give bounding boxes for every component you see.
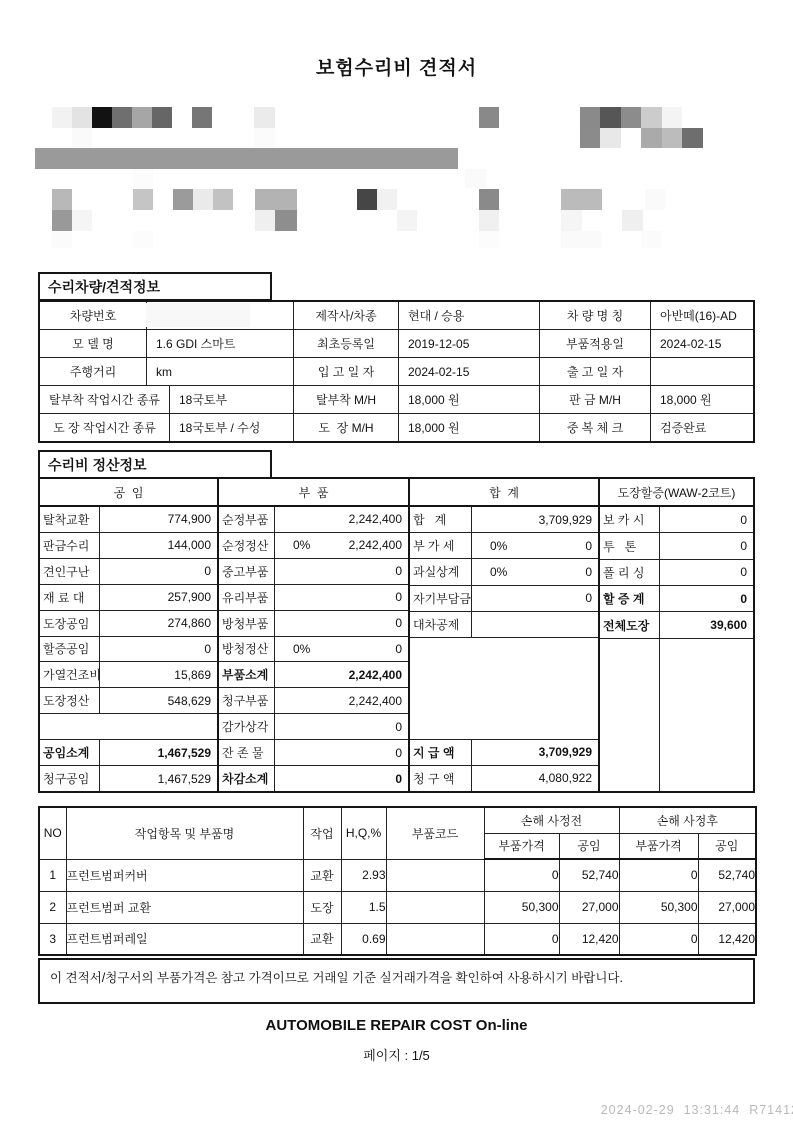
cost-cell-label: 재 료 대 xyxy=(40,585,100,610)
vehicle-cell-value: 2019-12-05 xyxy=(399,330,540,357)
col-header-post-labor: 공임 xyxy=(698,833,756,859)
vehicle-cell-value: 아반떼(16)-AD xyxy=(651,302,753,329)
work-cell-post-labor: 12,420 xyxy=(698,923,756,955)
cost-table-row: 견인구난0 xyxy=(40,558,217,584)
work-items-table: NO 작업항목 및 부품명 작업 H,Q,% 부품코드 손해 사정전 손해 사정… xyxy=(38,806,757,956)
cost-cell-label: 가열건조비 xyxy=(40,662,100,687)
redaction-pixel-block xyxy=(479,210,499,231)
vehicle-table-row: 모 델 명1.6 GDI 스마트최초등록일2019-12-05부품적용일2024… xyxy=(40,329,753,357)
cost-cell-label: 탈착교환 xyxy=(40,507,100,532)
col-header-work: 작업 xyxy=(303,807,341,859)
vehicle-cell-value: 18국토부 / 수성 xyxy=(170,414,294,441)
cost-cell-amount: 0 xyxy=(395,642,402,656)
redaction-pixel-block xyxy=(52,210,72,231)
cost-table-empty-cell xyxy=(410,637,598,739)
cost-cell-amount: 2,242,400 xyxy=(349,694,402,708)
vehicle-cell-label: 제작사/차종 xyxy=(294,302,399,329)
cost-table-row: 할증공임0 xyxy=(40,636,217,662)
cost-table-row: 순정정산0%2,242,400 xyxy=(219,532,408,558)
work-cell-post-part-price: 50,300 xyxy=(619,891,698,923)
cost-cell-label: 청 구 액 xyxy=(410,766,472,791)
cost-table-row: 대차공제 xyxy=(410,611,598,637)
cost-table-row: 감가상각0 xyxy=(219,713,408,739)
vehicle-cell-label: 도 장 작업시간 종류 xyxy=(40,414,170,441)
footer-timestamp: 2024-02-29 13:31:44 R71412 xyxy=(601,1103,793,1117)
cost-cell-value: 0 xyxy=(660,507,753,532)
section-title-vehicle: 수리차량/견적정보 xyxy=(38,272,272,301)
work-cell-pre-part-price: 50,300 xyxy=(484,891,559,923)
cost-cell-label xyxy=(600,639,660,791)
cost-cell-amount: 0 xyxy=(395,746,402,760)
cost-cell-amount: 39,600 xyxy=(710,618,747,632)
work-table-row: 2프런트범퍼 교환도장1.550,30027,00050,30027,000 xyxy=(39,891,756,923)
cost-table-row: 가열건조비15,869 xyxy=(40,661,217,687)
redaction-pixel-block xyxy=(645,189,665,210)
redaction-pixel-block xyxy=(52,189,72,210)
cost-cell-label: 투 톤 xyxy=(600,533,660,558)
cost-cell-amount: 0 xyxy=(740,565,747,579)
cost-cell-amount: 3,709,929 xyxy=(539,745,592,759)
cost-cell-value: 0 xyxy=(275,766,408,791)
cost-table-row: 판금수리144,000 xyxy=(40,532,217,558)
cost-cell-amount: 0 xyxy=(740,592,747,606)
cost-table-row: 방청정산0%0 xyxy=(219,636,408,662)
redaction-pixel-block xyxy=(255,210,275,231)
cost-cell-value: 15,869 xyxy=(100,662,217,687)
group-header-labor: 공 임 xyxy=(40,479,217,505)
work-cell-post-labor: 27,000 xyxy=(698,891,756,923)
notice-box: 이 견적서/청구서의 부품가격은 참고 가격이므로 거래일 기준 실거래가격을 … xyxy=(38,958,755,1004)
section-title-cost-label: 수리비 정산정보 xyxy=(48,455,147,475)
redaction-pixel-block xyxy=(479,107,499,128)
cost-cell-label: 방청정산 xyxy=(219,637,275,662)
work-cell-post-part-price: 0 xyxy=(619,923,698,955)
cost-cell-value xyxy=(472,612,598,637)
cost-cell-value: 4,080,922 xyxy=(472,766,598,791)
vehicle-cell-value: 2024-02-15 xyxy=(651,330,753,357)
cost-cell-value: 274,860 xyxy=(100,611,217,636)
cost-cell-amount: 0 xyxy=(585,539,592,553)
cost-cell-amount: 0 xyxy=(585,565,592,579)
cost-table-row: 순정부품2,242,400 xyxy=(219,507,408,532)
footer-page-number: 페이지 : 1/5 xyxy=(0,1045,793,1064)
col-header-no: NO xyxy=(39,807,66,859)
work-cell-no: 2 xyxy=(39,891,66,923)
cost-cell-label: 유리부품 xyxy=(219,585,275,610)
col-header-part-code: 부품코드 xyxy=(386,807,484,859)
work-cell-pre-part-price: 0 xyxy=(484,859,559,891)
cost-cell-label: 잔 존 물 xyxy=(219,740,275,765)
cost-cell-label: 도장공임 xyxy=(40,611,100,636)
redaction-pixel-block xyxy=(133,231,153,248)
cost-table-header-row: 공 임 부 품 합 계 도장할증(WAW-2코트) xyxy=(40,479,753,507)
cost-cell-amount: 774,900 xyxy=(168,512,211,526)
cost-table-row: 공임소계1,467,529 xyxy=(40,739,217,765)
redaction-pixel-block xyxy=(662,128,682,148)
work-cell-pre-labor: 52,740 xyxy=(559,859,619,891)
redaction-pixel-block xyxy=(357,189,377,210)
cost-cell-value: 0 xyxy=(660,533,753,558)
cost-table-row: 방청부품0 xyxy=(219,610,408,636)
cost-cell-amount: 2,242,400 xyxy=(349,512,402,526)
cost-cell-label: 청구공임 xyxy=(40,766,100,791)
redaction-pixel-block xyxy=(52,107,72,128)
cost-table-row: 차감소계0 xyxy=(219,765,408,791)
cost-cell-amount: 2,242,400 xyxy=(349,668,402,682)
cost-cell-label: 공임소계 xyxy=(40,740,100,765)
cost-cell-amount: 15,869 xyxy=(174,668,211,682)
cost-cell-amount: 0 xyxy=(740,539,747,553)
redaction-pixel-block xyxy=(132,107,152,128)
cost-table-row: 과실상계0%0 xyxy=(410,558,598,584)
cost-cell-value: 2,242,400 xyxy=(275,507,408,532)
cost-cell-label: 중고부품 xyxy=(219,559,275,584)
redaction-pixel-block xyxy=(479,189,499,210)
work-cell-pre-part-price: 0 xyxy=(484,923,559,955)
cost-cell-label: 전체도장 xyxy=(600,612,660,637)
redaction-pixel-block xyxy=(465,169,486,188)
cost-cell-amount: 3,709,929 xyxy=(539,513,592,527)
cost-cell-amount: 0 xyxy=(740,513,747,527)
cost-cell-value: 774,900 xyxy=(100,507,217,532)
cost-cell-percent: 0% xyxy=(478,539,507,553)
vehicle-cell-label: 판 금 M/H xyxy=(540,386,651,413)
cost-cell-label: 순정정산 xyxy=(219,533,275,558)
col-header-post-assessment: 손해 사정후 xyxy=(619,807,756,833)
redaction-pixel-block xyxy=(152,107,172,128)
cost-cell-label: 감가상각 xyxy=(219,714,275,739)
cost-cell-value: 2,242,400 xyxy=(275,662,408,687)
cost-table-row: 합 계3,709,929 xyxy=(410,507,598,532)
cost-cell-amount: 1,467,529 xyxy=(158,772,211,786)
cost-cell-amount: 144,000 xyxy=(168,538,211,552)
cost-table-empty-cell xyxy=(600,638,753,791)
redaction-pixel-block xyxy=(52,231,72,248)
group-header-total: 합 계 xyxy=(408,479,598,505)
cost-cell-value: 0 xyxy=(472,586,598,611)
redaction-pixel-block xyxy=(580,128,600,148)
group-header-parts: 부 품 xyxy=(217,479,408,505)
cost-cell-label: 자기부담금 xyxy=(410,586,472,611)
vehicle-cell-label: 차량번호 xyxy=(40,302,147,329)
cost-table-row: 탈착교환774,900 xyxy=(40,507,217,532)
cost-cell-label: 할증공임 xyxy=(40,637,100,662)
work-cell-pre-labor: 12,420 xyxy=(559,923,619,955)
cost-table-row: 부품소계2,242,400 xyxy=(219,661,408,687)
cost-table-row: 전체도장39,600 xyxy=(600,611,753,637)
vehicle-cell-value: km xyxy=(147,358,294,385)
vehicle-cell-value xyxy=(651,358,753,385)
cost-cell-amount: 0 xyxy=(395,564,402,578)
work-table-header-row-1: NO 작업항목 및 부품명 작업 H,Q,% 부품코드 손해 사정전 손해 사정… xyxy=(39,807,756,833)
cost-table-row: 자기부담금0 xyxy=(410,585,598,611)
cost-cell-label: 청구부품 xyxy=(219,688,275,713)
cost-table-row: 중고부품0 xyxy=(219,558,408,584)
redaction-pixel-block xyxy=(561,231,602,248)
cost-cell-value: 0 xyxy=(275,714,408,739)
cost-cell-amount: 1,467,529 xyxy=(158,746,211,760)
redaction-pixel-block xyxy=(561,210,582,231)
redaction-pixel-block xyxy=(192,107,212,128)
vehicle-cell-value: 검증완료 xyxy=(651,414,753,441)
vehicle-cell-label: 중 복 체 크 xyxy=(540,414,651,441)
cost-cell-value: 0%2,242,400 xyxy=(275,533,408,558)
redaction-pixel-block xyxy=(662,107,682,128)
cost-cell-amount: 4,080,922 xyxy=(539,771,592,785)
cost-cell-amount: 2,242,400 xyxy=(349,538,402,552)
cost-table-row: 재 료 대257,900 xyxy=(40,584,217,610)
work-cell-post-part-price: 0 xyxy=(619,859,698,891)
vehicle-cell-value: 18국토부 xyxy=(170,386,294,413)
cost-table-row: 잔 존 물0 xyxy=(219,739,408,765)
work-cell-hq-percent: 0.69 xyxy=(341,923,386,955)
redaction-pixel-block xyxy=(133,189,153,210)
vehicle-cell-value xyxy=(147,302,294,329)
cost-cell-value: 548,629 xyxy=(100,688,217,713)
col-header-pre-part-price: 부품가격 xyxy=(484,833,559,859)
cost-cell-amount: 0 xyxy=(585,591,592,605)
work-cell-pre-labor: 27,000 xyxy=(559,891,619,923)
footer-brand: AUTOMOBILE REPAIR COST On-line xyxy=(0,1017,793,1034)
work-cell-item-name: 프런트범퍼레일 xyxy=(66,923,303,955)
document-page: 보험수리비 견적서 수리차량/견적정보 차량번호제작사/차종현대 / 승용차 량… xyxy=(0,0,793,1123)
cost-cell-value: 0%0 xyxy=(472,559,598,584)
redaction-pixel-block xyxy=(193,189,213,210)
cost-cell-value: 0 xyxy=(275,740,408,765)
col-header-post-part-price: 부품가격 xyxy=(619,833,698,859)
parts-group: 순정부품2,242,400순정정산0%2,242,400중고부품0유리부품0방청… xyxy=(217,507,408,791)
cost-cell-value: 144,000 xyxy=(100,533,217,558)
cost-cell-label: 과실상계 xyxy=(410,559,472,584)
cost-cell-amount: 0 xyxy=(395,720,402,734)
vehicle-cell-label: 도 장 M/H xyxy=(294,414,399,441)
cost-cell-label: 판금수리 xyxy=(40,533,100,558)
work-cell-item-name: 프런트범퍼커버 xyxy=(66,859,303,891)
group-header-paint-surcharge: 도장할증(WAW-2코트) xyxy=(598,479,753,505)
cost-cell-label: 보 카 시 xyxy=(600,507,660,532)
cost-cell-percent: 0% xyxy=(478,565,507,579)
redaction-pixel-block xyxy=(254,107,275,128)
vehicle-table-row: 도 장 작업시간 종류18국토부 / 수성도 장 M/H18,000 원중 복 … xyxy=(40,413,753,441)
redaction-pixel-block xyxy=(561,189,602,210)
work-cell-item-name: 프런트범퍼 교환 xyxy=(66,891,303,923)
cost-cell-label: 도장정산 xyxy=(40,688,100,713)
work-cell-part-code xyxy=(386,891,484,923)
cost-cell-value: 0 xyxy=(100,637,217,662)
vehicle-cell-value: 1.6 GDI 스마트 xyxy=(147,330,294,357)
cost-cell-label: 할 증 계 xyxy=(600,586,660,611)
redaction-pixel-block xyxy=(479,231,499,248)
cost-table-empty-cell xyxy=(40,713,217,739)
redaction-pixel-block xyxy=(173,189,193,210)
vehicle-cell-label: 탈부착 작업시간 종류 xyxy=(40,386,170,413)
redaction-pixel-block xyxy=(622,210,643,231)
cost-cell-amount: 0 xyxy=(395,616,402,630)
vehicle-table-row: 주행거리km입 고 일 자2024-02-15출 고 일 자 xyxy=(40,357,753,385)
section-title-vehicle-label: 수리차량/견적정보 xyxy=(48,277,160,297)
cost-cell-label: 지 급 액 xyxy=(410,740,472,765)
cost-cell-label: 대차공제 xyxy=(410,612,472,637)
work-cell-work-type: 교환 xyxy=(303,859,341,891)
redaction-pixel-block xyxy=(72,107,92,128)
cost-cell-label: 폴 리 싱 xyxy=(600,560,660,585)
redaction-pixel-block xyxy=(641,231,661,248)
work-cell-hq-percent: 2.93 xyxy=(341,859,386,891)
work-cell-part-code xyxy=(386,859,484,891)
cost-cell-value: 3,709,929 xyxy=(472,740,598,765)
cost-cell-value: 0 xyxy=(275,559,408,584)
cost-table-row: 폴 리 싱0 xyxy=(600,559,753,585)
cost-cell-label: 부 가 세 xyxy=(410,533,472,558)
work-cell-work-type: 도장 xyxy=(303,891,341,923)
work-cell-hq-percent: 1.5 xyxy=(341,891,386,923)
redaction-pixel-block xyxy=(255,189,297,210)
vehicle-cell-value: 2024-02-15 xyxy=(399,358,540,385)
work-cell-no: 1 xyxy=(39,859,66,891)
cost-table-row: 부 가 세0%0 xyxy=(410,532,598,558)
cost-cell-value: 39,600 xyxy=(660,612,753,637)
vehicle-table-row: 차량번호제작사/차종현대 / 승용차 량 명 칭아반떼(16)-AD xyxy=(40,302,753,329)
cost-cell-value: 1,467,529 xyxy=(100,766,217,791)
cost-cell-value: 3,709,929 xyxy=(472,507,598,532)
cost-table-row: 도장공임274,860 xyxy=(40,610,217,636)
work-table-row: 3프런트범퍼레일교환0.69012,420012,420 xyxy=(39,923,756,955)
vehicle-cell-label: 부품적용일 xyxy=(540,330,651,357)
cost-cell-value: 1,467,529 xyxy=(100,740,217,765)
cost-cell-value: 0 xyxy=(660,560,753,585)
col-header-item: 작업항목 및 부품명 xyxy=(66,807,303,859)
cost-cell-amount: 0 xyxy=(204,564,211,578)
vehicle-info-table: 차량번호제작사/차종현대 / 승용차 량 명 칭아반떼(16)-AD모 델 명1… xyxy=(38,300,755,443)
col-header-pre-labor: 공임 xyxy=(559,833,619,859)
vehicle-cell-value: 18,000 원 xyxy=(399,414,540,441)
redaction-pixel-block xyxy=(213,189,233,210)
vehicle-cell-label: 탈부착 M/H xyxy=(294,386,399,413)
labor-group: 탈착교환774,900판금수리144,000견인구난0재 료 대257,900도… xyxy=(40,507,217,791)
cost-cell-amount: 0 xyxy=(395,590,402,604)
work-cell-no: 3 xyxy=(39,923,66,955)
cost-cell-value: 0 xyxy=(100,559,217,584)
redaction-pixel-block xyxy=(92,107,112,128)
vehicle-table-row: 탈부착 작업시간 종류18국토부탈부착 M/H18,000 원판 금 M/H18… xyxy=(40,385,753,413)
vehicle-cell-label: 모 델 명 xyxy=(40,330,147,357)
cost-cell-amount: 0 xyxy=(395,772,402,786)
notice-text: 이 견적서/청구서의 부품가격은 참고 가격이므로 거래일 기준 실거래가격을 … xyxy=(50,971,623,985)
cost-cell-amount: 257,900 xyxy=(168,590,211,604)
cost-cell-label: 합 계 xyxy=(410,507,472,532)
cost-cell-value: 0 xyxy=(275,585,408,610)
vehicle-cell-label: 입 고 일 자 xyxy=(294,358,399,385)
cost-cell-label: 방청부품 xyxy=(219,611,275,636)
redaction-pixel-block xyxy=(72,128,92,148)
redaction-pixel-block xyxy=(377,189,397,210)
cost-summary-table: 공 임 부 품 합 계 도장할증(WAW-2코트) 탈착교환774,900판금수… xyxy=(38,477,755,793)
redaction-pixel-block xyxy=(254,128,275,148)
cost-cell-amount: 0 xyxy=(204,642,211,656)
vehicle-cell-value: 현대 / 승용 xyxy=(399,302,540,329)
cost-cell-value: 0 xyxy=(660,586,753,611)
cost-cell-percent: 0% xyxy=(281,538,310,552)
cost-cell-value: 2,242,400 xyxy=(275,688,408,713)
cost-table-row: 청 구 액4,080,922 xyxy=(410,765,598,791)
cost-table-row: 청구부품2,242,400 xyxy=(219,687,408,713)
cost-cell-amount: 274,860 xyxy=(168,616,211,630)
redaction-pixel-block xyxy=(621,107,641,128)
cost-table-body: 탈착교환774,900판금수리144,000견인구난0재 료 대257,900도… xyxy=(40,507,753,791)
work-cell-post-labor: 52,740 xyxy=(698,859,756,891)
cost-cell-label: 차감소계 xyxy=(219,766,275,791)
page-title: 보험수리비 견적서 xyxy=(0,53,793,80)
cost-table-row: 유리부품0 xyxy=(219,584,408,610)
cost-table-row: 투 톤0 xyxy=(600,532,753,558)
vehicle-cell-value: 18,000 원 xyxy=(399,386,540,413)
vehicle-cell-label: 최초등록일 xyxy=(294,330,399,357)
cost-cell-label: 순정부품 xyxy=(219,507,275,532)
total-group: 합 계3,709,929부 가 세0%0과실상계0%0자기부담금0대차공제지 급… xyxy=(408,507,598,791)
redaction-pixel-block xyxy=(72,210,92,231)
redaction-pixel-block xyxy=(133,169,153,188)
cost-table-row: 할 증 계0 xyxy=(600,585,753,611)
cost-cell-value: 0%0 xyxy=(275,637,408,662)
cost-cell-value: 0 xyxy=(275,611,408,636)
cost-table-row: 보 카 시0 xyxy=(600,507,753,532)
cost-cell-value: 0%0 xyxy=(472,533,598,558)
cost-table-row: 도장정산548,629 xyxy=(40,687,217,713)
redaction-pixel-block xyxy=(580,107,600,128)
redaction-pixel-block xyxy=(641,128,662,148)
work-cell-part-code xyxy=(386,923,484,955)
vehicle-cell-value: 18,000 원 xyxy=(651,386,753,413)
cost-cell-value xyxy=(660,639,753,791)
vehicle-cell-label: 출 고 일 자 xyxy=(540,358,651,385)
cost-cell-label: 견인구난 xyxy=(40,559,100,584)
work-table-row: 1프런트범퍼커버교환2.93052,740052,740 xyxy=(39,859,756,891)
cost-cell-label: 부품소계 xyxy=(219,662,275,687)
vehicle-cell-label: 주행거리 xyxy=(40,358,147,385)
cost-table-row: 청구공임1,467,529 xyxy=(40,765,217,791)
redaction-pixel-block xyxy=(682,128,703,148)
work-cell-work-type: 교환 xyxy=(303,923,341,955)
cost-cell-amount: 548,629 xyxy=(168,694,211,708)
redaction-pixel-block xyxy=(35,148,458,169)
col-header-pre-assessment: 손해 사정전 xyxy=(484,807,619,833)
cost-cell-percent: 0% xyxy=(281,642,310,656)
section-title-cost: 수리비 정산정보 xyxy=(38,450,272,479)
col-header-hq: H,Q,% xyxy=(341,807,386,859)
cost-cell-value: 257,900 xyxy=(100,585,217,610)
redaction-pixel-block xyxy=(397,210,417,231)
redaction-pixel-block xyxy=(275,210,297,231)
redaction-pixel-block xyxy=(600,128,621,148)
cost-table-row: 지 급 액3,709,929 xyxy=(410,739,598,765)
paint-surcharge-group: 보 카 시0투 톤0폴 리 싱0할 증 계0전체도장39,600 xyxy=(598,507,753,791)
vehicle-cell-label: 차 량 명 칭 xyxy=(540,302,651,329)
redaction-pixel-block xyxy=(112,107,132,128)
redaction-pixel-block xyxy=(600,107,621,128)
redaction-pixel-block xyxy=(641,107,662,128)
